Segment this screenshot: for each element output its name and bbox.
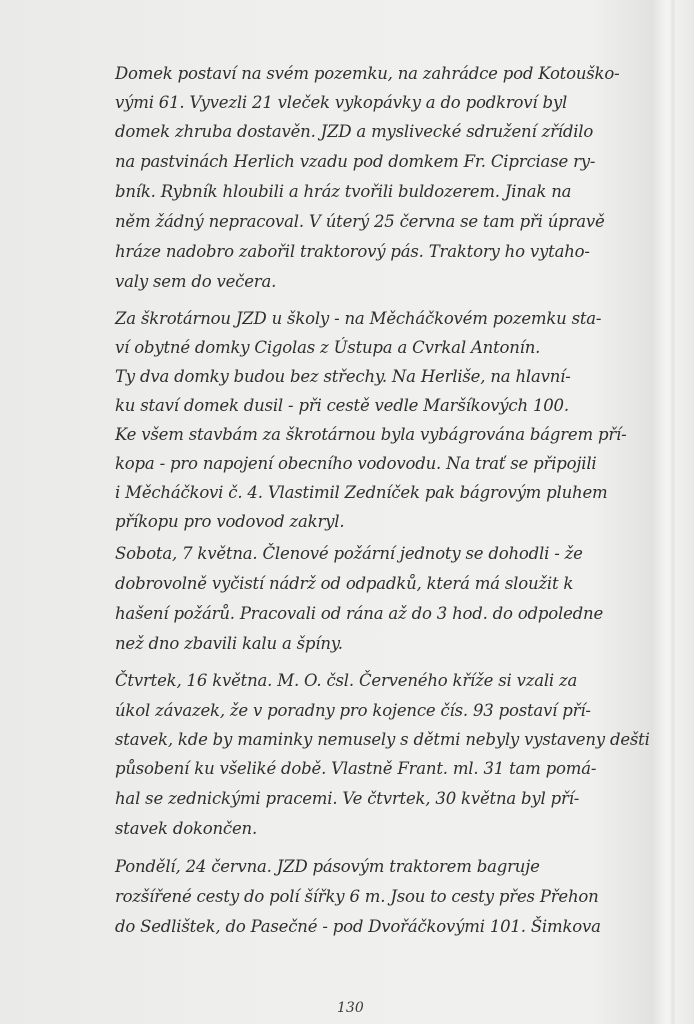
- text-line: stavek, kde by maminky nemusely s dětmi …: [115, 730, 650, 749]
- text-line: příkopu pro vodovod zakryl.: [115, 512, 344, 531]
- text-line: Za škrotárnou JZD u školy - na Měcháčkov…: [115, 309, 601, 328]
- text-line: Domek postaví na svém pozemku, na zahrád…: [115, 64, 619, 83]
- text-line: vými 61. Vyvezli 21 vleček vykopávky a d…: [115, 93, 567, 112]
- text-line: působení ku všeliké době. Vlastně Frant.…: [115, 759, 596, 778]
- text-line: Ty dva domky budou bez střechy. Na Herli…: [115, 367, 571, 386]
- text-line: do Sedlištek, do Pasečné - pod Dvořáčkov…: [115, 917, 601, 936]
- text-line: než dno zbavili kalu a špíny.: [115, 634, 343, 653]
- text-line: Čtvrtek, 16 května. M. O. čsl. Červeného…: [115, 671, 577, 690]
- text-line: něm žádný nepracoval. V úterý 25 června …: [115, 212, 605, 231]
- text-line: Ke všem stavbám za škrotárnou byla vybág…: [115, 425, 626, 444]
- text-line: kopa - pro napojení obecního vodovodu. N…: [115, 454, 597, 473]
- text-line: i Měcháčkovi č. 4. Vlastimil Zedníček pa…: [115, 483, 607, 502]
- text-line: hašení požárů. Pracovali od rána až do 3…: [115, 604, 603, 623]
- text-line: dobrovolně vyčistí nádrž od odpadků, kte…: [115, 574, 573, 593]
- scanned-page: Domek postaví na svém pozemku, na zahrád…: [0, 0, 694, 1024]
- text-line: hráze nadobro zabořil traktorový pás. Tr…: [115, 242, 590, 261]
- page-number: 130: [337, 1000, 364, 1016]
- text-line: úkol závazek, že v poradny pro kojence č…: [115, 701, 591, 720]
- text-line: Pondělí, 24 června. JZD pásovým traktore…: [115, 857, 540, 876]
- text-line: hal se zednickými pracemi. Ve čtvrtek, 3…: [115, 789, 579, 808]
- text-line: domek zhruba dostavěn. JZD a myslivecké …: [115, 122, 593, 141]
- text-line: rozšířené cesty do polí šířky 6 m. Jsou …: [115, 887, 599, 906]
- text-line: ví obytné domky Cigolas z Ústupa a Cvrka…: [115, 338, 540, 357]
- text-line: bník. Rybník hloubili a hráz tvořili bul…: [115, 182, 571, 201]
- text-line: na pastvinách Herlich vzadu pod domkem F…: [115, 152, 595, 171]
- page-edge-shadow: [670, 0, 676, 1024]
- text-line: valy sem do večera.: [115, 272, 276, 291]
- text-line: Sobota, 7 května. Členové požární jednot…: [115, 544, 583, 563]
- text-line: stavek dokončen.: [115, 819, 257, 838]
- text-line: ku staví domek dusil - při cestě vedle M…: [115, 396, 569, 415]
